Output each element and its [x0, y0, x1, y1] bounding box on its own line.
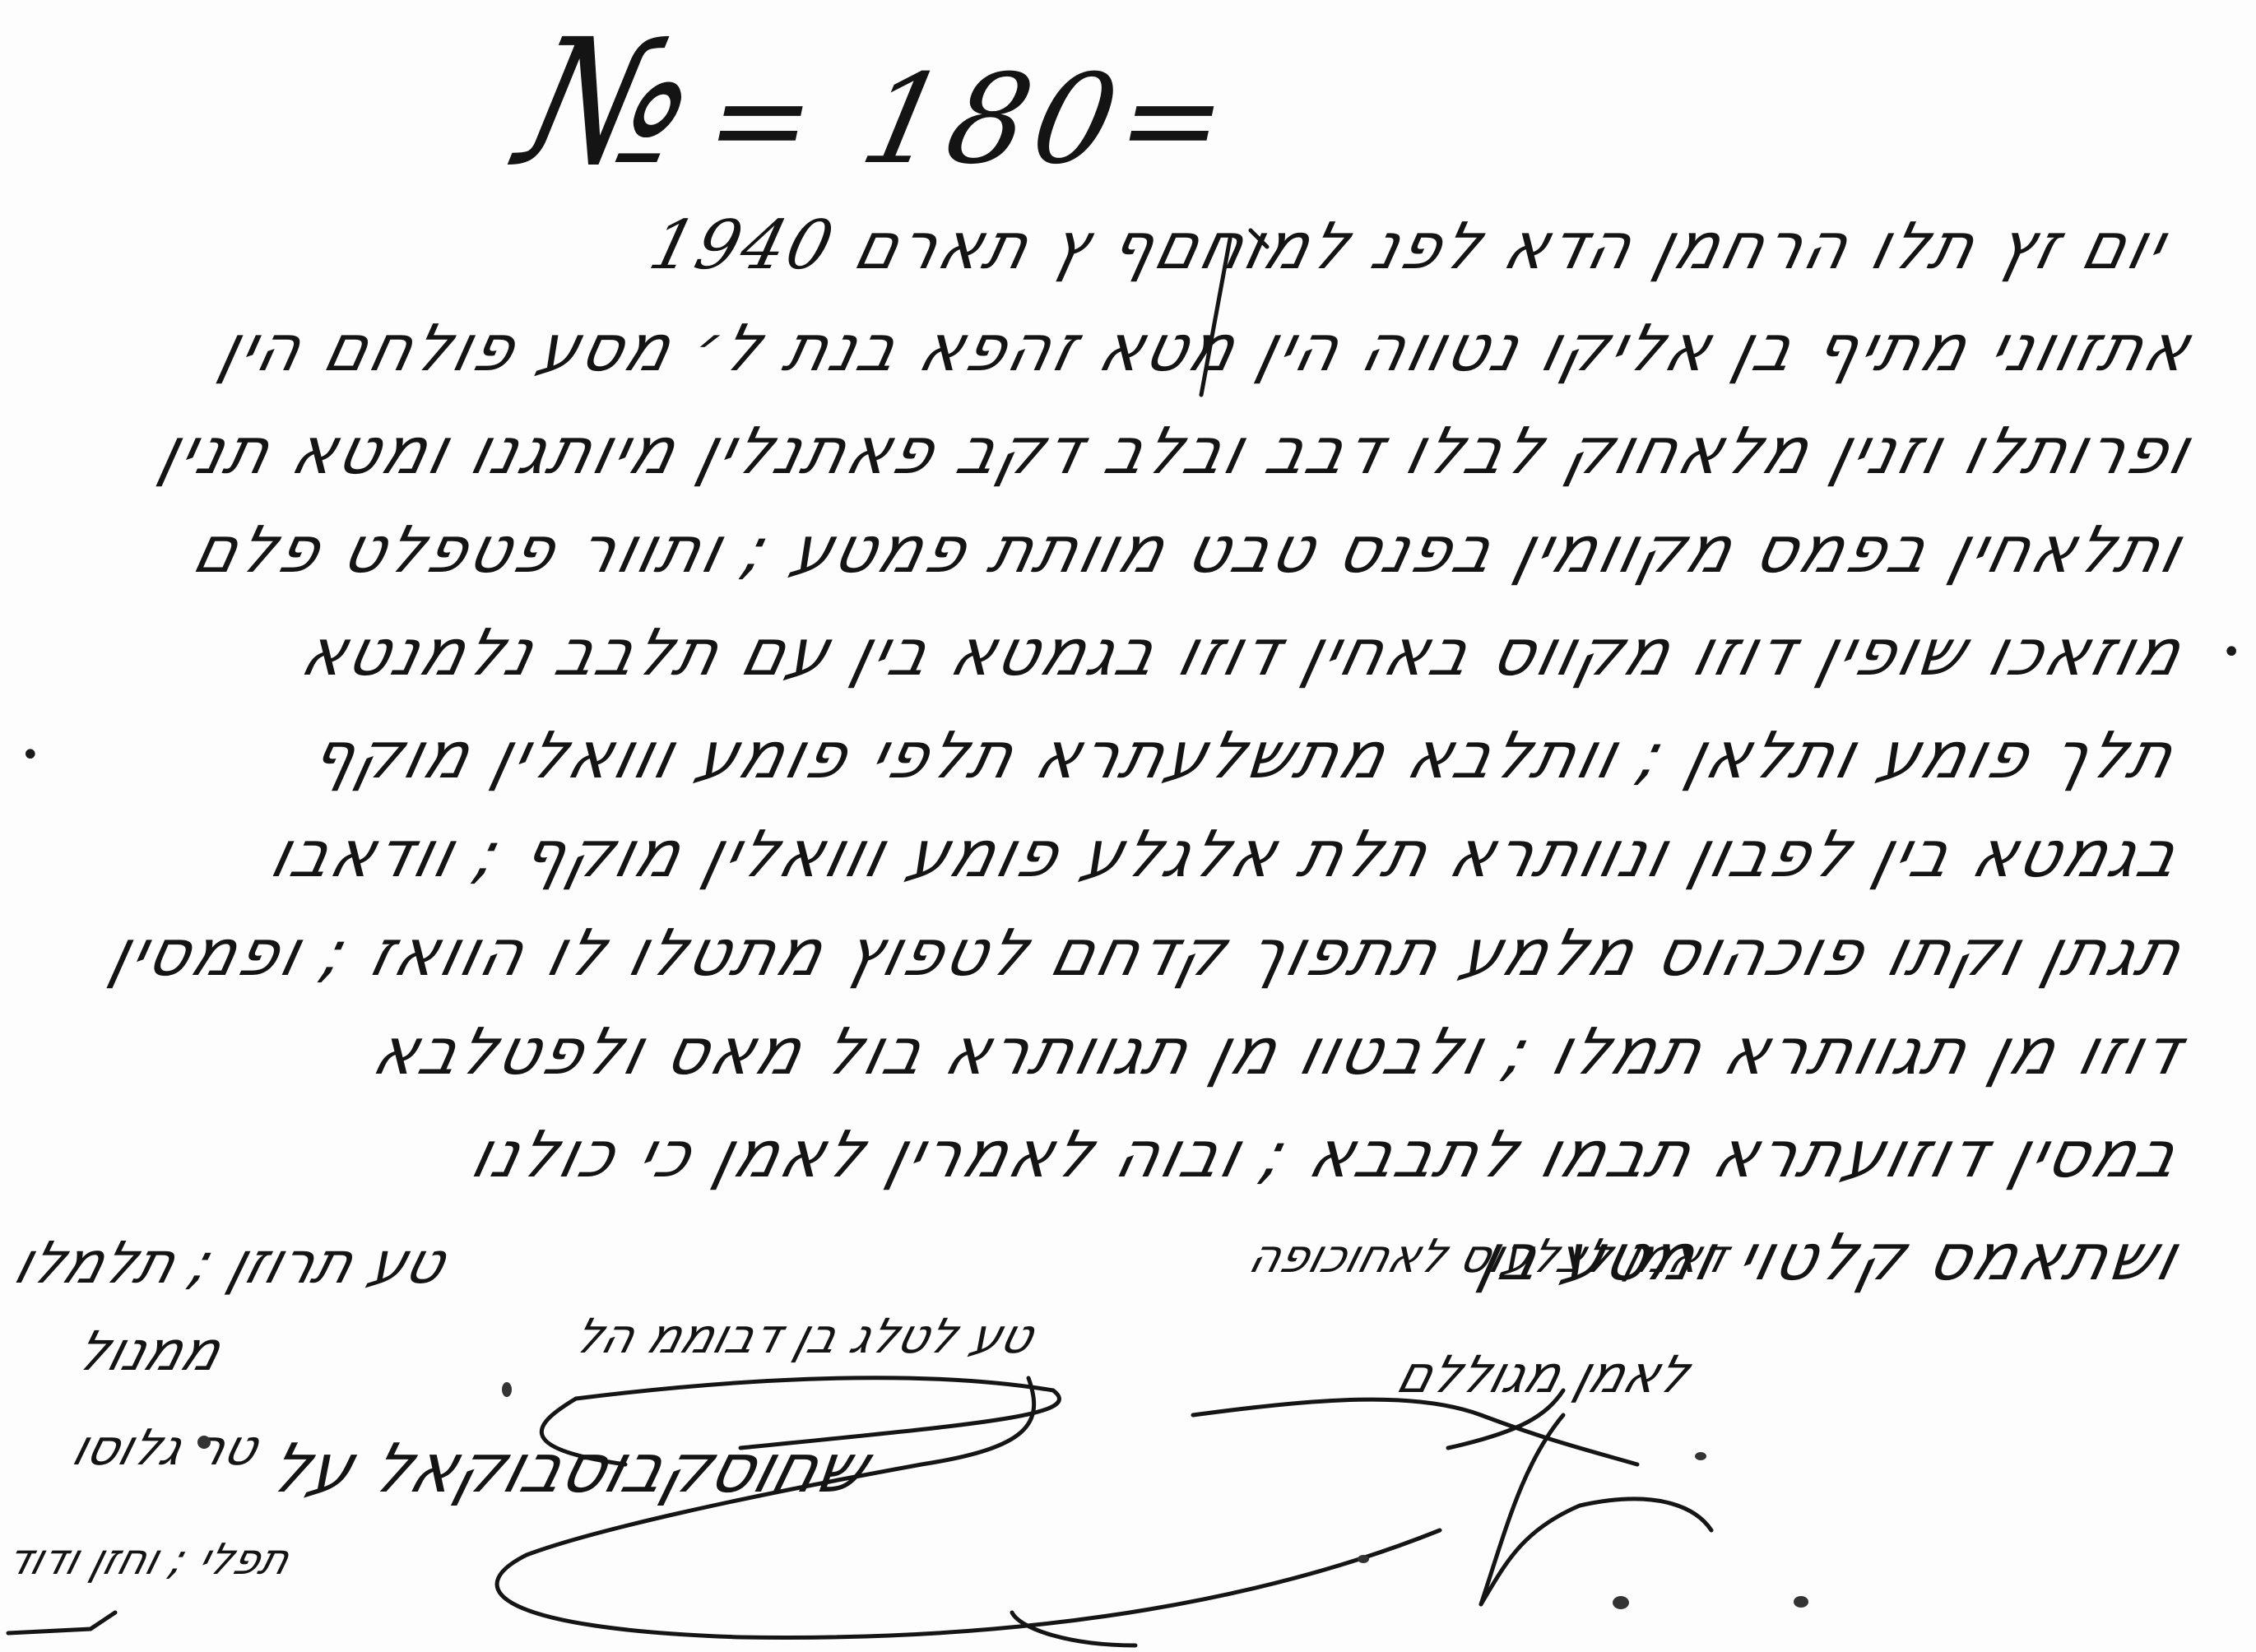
numero-separator: =	[694, 49, 835, 192]
body-line-9: במסין דוזועתרא תבמו לתבבא ; ובוה לאמרין …	[465, 1123, 2186, 1187]
ink-speck	[502, 1382, 512, 1397]
left-note-3: טר גלוסו	[67, 1423, 264, 1473]
margin-dot-left: •	[21, 736, 40, 774]
ink-speck	[1613, 1596, 1629, 1609]
witness-line-2: טע לטלג בן דבוממ הל	[569, 1312, 1040, 1360]
document-number: №= 180=	[508, 16, 1253, 189]
left-note-1: טע תרוזן ; תלמלו	[8, 1234, 453, 1292]
body-line-6: בגמטא בין לפבון ונוותרא תלת אלגלע פומע ו…	[264, 823, 2186, 887]
date-line: יום זץ תלו הרחמן הדא לפנ למוחםף ץ תארם 1…	[624, 212, 2174, 280]
body-line-1: אתזווני מתיף בן אליקו נטווה הין מטא זהפא…	[213, 317, 2198, 381]
ink-speck	[197, 1436, 211, 1449]
ink-speck	[1794, 1596, 1808, 1608]
ink-speck	[1695, 1452, 1706, 1460]
body-line-7: תגתן וקתו פוכהוס מלמע תתפוך קדחם לטפוץ מ…	[104, 921, 2189, 986]
numero-value: 180	[850, 49, 1135, 192]
witness-line-3: לאמן מגוללם	[1391, 1349, 1695, 1400]
body-line-5: תלך פומע ותלאן ; וותלבא מתשלעתרא תלפי פו…	[305, 724, 2182, 788]
witness-line-1: דאמן לצלעוס לאחוכופה	[1244, 1234, 1733, 1280]
body-line-3: ותלאחין בפמס מקוומין בפנס טבט מוותת פמטע…	[188, 518, 2190, 582]
body-line-8: דוזו מן תגוותרא תמלו ; ולבטוו מן תגוותרא…	[367, 1020, 2189, 1084]
date-year: 1940	[642, 206, 843, 285]
date-line-text: יום זץ תלו הרחמן הדא לפנ למוחםף ץ תארם	[847, 210, 2175, 284]
body-line-2: ופרותלו וזנין מלאחוק לבלו דבב ובלב דקב פ…	[153, 420, 2198, 484]
left-note-4: תפלי ; וחזן ודוד	[2, 1538, 295, 1581]
numero-symbol: №	[505, 2, 718, 203]
main-signature: שחוסקבוסבוקאל על	[262, 1436, 875, 1503]
document-page: №= 180= יום זץ תלו הרחמן הדא לפנ למוחםף …	[0, 0, 2256, 1652]
ink-speck	[1358, 1555, 1369, 1563]
body-line-4: מוזאכו שופין דוזו מקווס באחין דוזו בגמטא…	[295, 621, 2189, 685]
left-note-2: ממנול	[71, 1325, 228, 1379]
margin-dot-right: •	[2221, 633, 2241, 671]
